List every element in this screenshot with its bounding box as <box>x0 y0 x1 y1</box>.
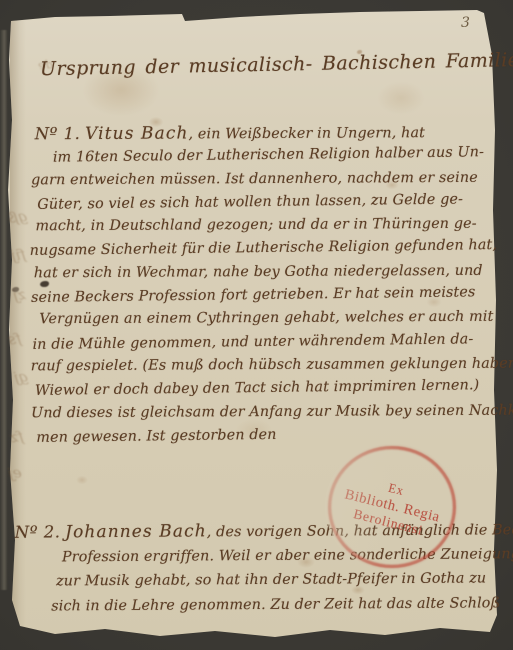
ink-bleed-mark: fij <box>10 245 27 265</box>
ink-bleed-mark: fs <box>7 329 22 348</box>
entry-number: Nº 1. <box>35 124 81 143</box>
ink-bleed-mark: fz <box>9 427 25 447</box>
manuscript-text: , ein Weißbecker in Ungern, hat <box>188 125 425 142</box>
stamp-text: Ex Biblioth. Regia Berolinensi <box>315 432 469 581</box>
ink-bleed-mark: gj <box>13 367 29 387</box>
manuscript-line: im 16ten Seculo der Lutherischen Religio… <box>53 141 494 170</box>
library-stamp: Ex Biblioth. Regia Berolinensi <box>328 446 456 568</box>
page-number: 3 <box>461 15 470 31</box>
manuscript-line: Wiewol er doch dabey den Tact sich hat i… <box>35 374 496 403</box>
entry-number: Nº 2. <box>15 522 61 541</box>
ink-bleed-mark: ej <box>7 463 23 483</box>
adjacent-page-edge <box>0 30 7 590</box>
entry-name: Johannes Bach <box>65 521 207 542</box>
manuscript-line: sich in die Lehre genommen. Zu der Zeit … <box>51 591 500 619</box>
ink-bleed-mark: gß <box>7 207 29 227</box>
section-vitus-bach: Nº 1. Vitus Bach, ein Weißbecker in Unge… <box>29 119 497 449</box>
entry-name: Vitus Bach <box>85 123 189 144</box>
